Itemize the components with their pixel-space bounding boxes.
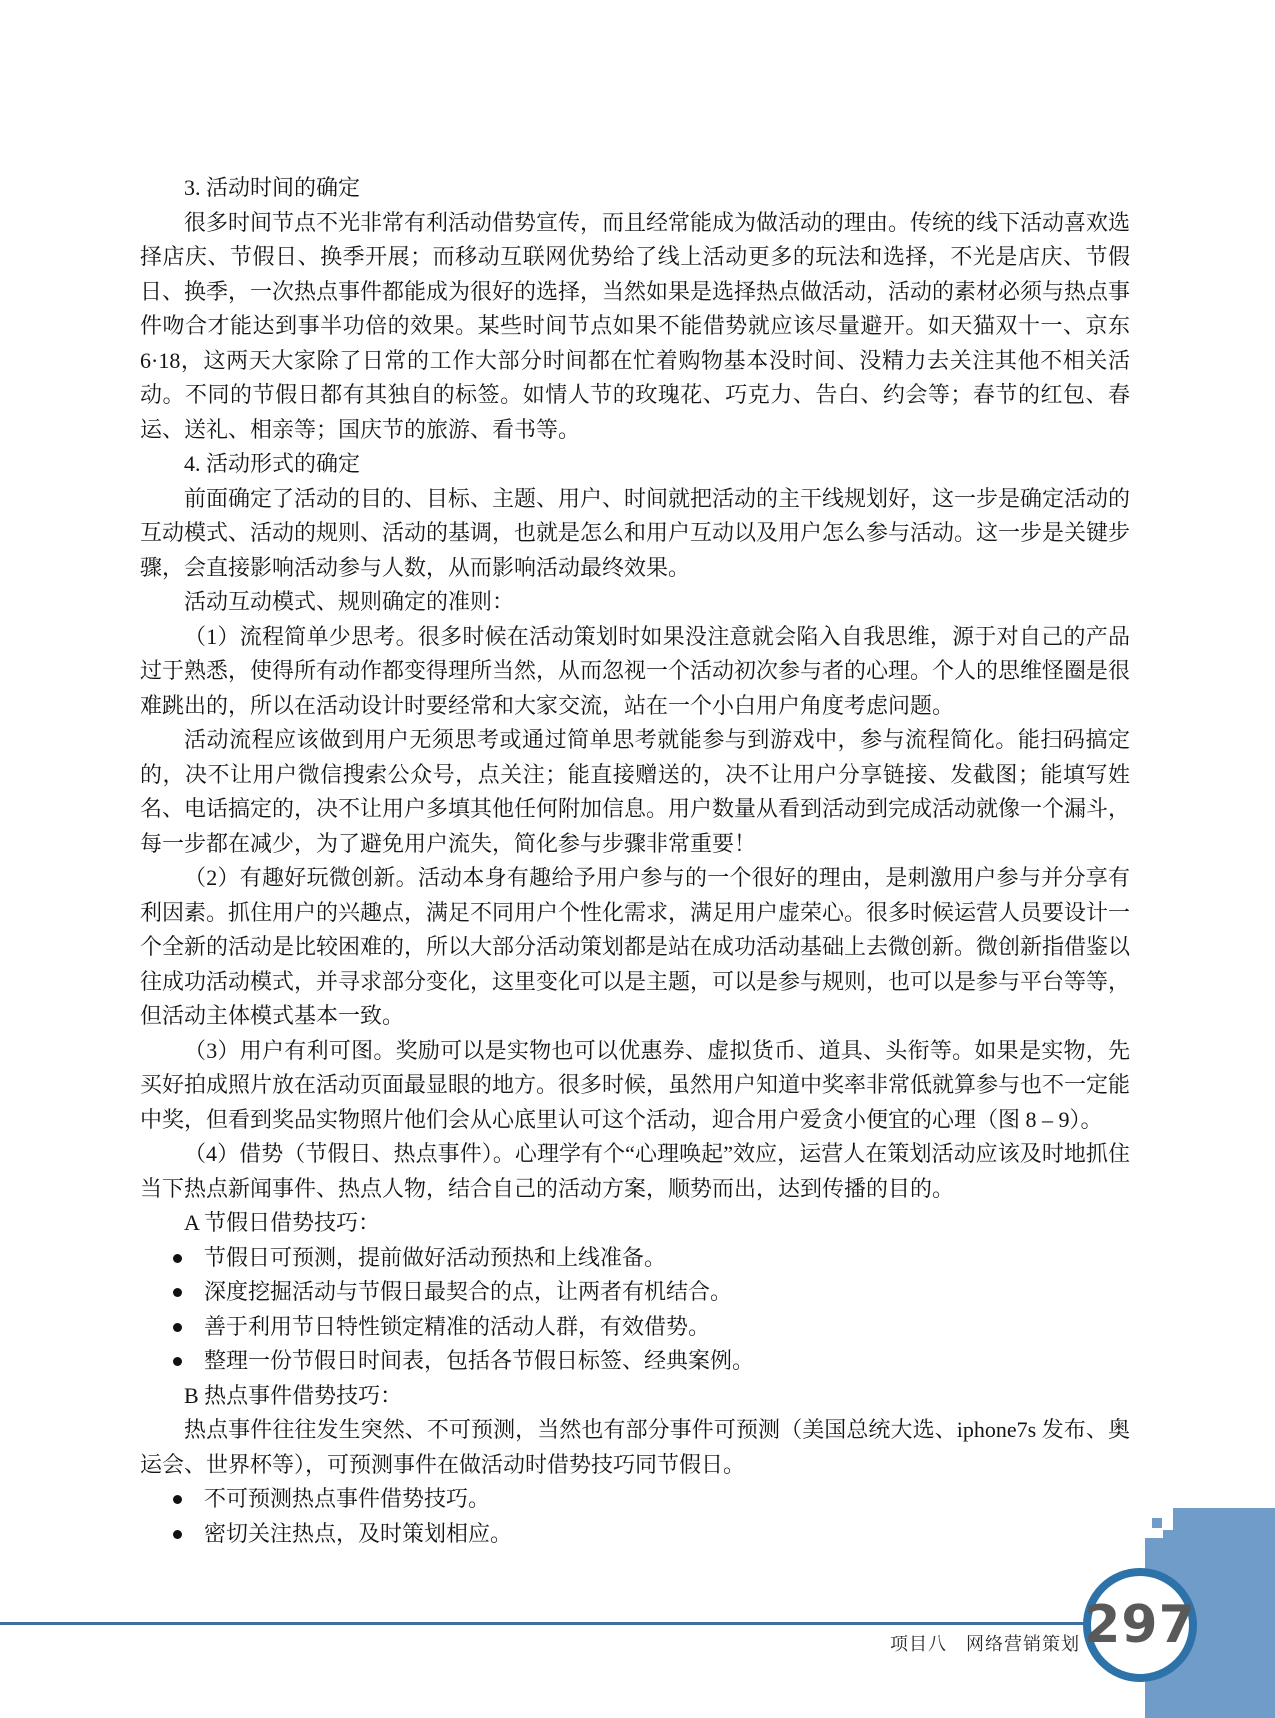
paragraph: 活动流程应该做到用户无须思考或通过简单思考就能参与到游戏中，参与流程简化。能扫码… (140, 723, 1130, 861)
bullet-list: 不可预测热点事件借势技巧。密切关注热点，及时策划相应。 (140, 1482, 1130, 1551)
page-number: 297 (1084, 1595, 1196, 1655)
footer-rule (0, 1622, 1089, 1625)
paragraph: 活动互动模式、规则确定的准则： (140, 585, 1130, 620)
bullet-item: 整理一份节假日时间表，包括各节假日标签、经典案例。 (140, 1344, 1130, 1379)
paragraph: 前面确定了活动的目的、目标、主题、用户、时间就把活动的主干线规划好，这一步是确定… (140, 482, 1130, 586)
body-text: 3. 活动时间的确定很多时间节点不光非常有利活动借势宣传，而且经常能成为做活动的… (140, 171, 1130, 1551)
paragraph: （2）有趣好玩微创新。活动本身有趣给予用户参与的一个很好的理由，是刺激用户参与并… (140, 861, 1130, 1034)
bullet-dot-icon (173, 1288, 182, 1297)
page-number-badge: 297 (1083, 1568, 1197, 1682)
bullet-dot-icon (173, 1323, 182, 1332)
bullet-list: 节假日可预测，提前做好活动预热和上线准备。深度挖掘活动与节假日最契合的点，让两者… (140, 1241, 1130, 1379)
bullet-item: 不可预测热点事件借势技巧。 (140, 1482, 1130, 1517)
section-heading: 3. 活动时间的确定 (140, 171, 1130, 206)
paragraph: （4）借势（节假日、热点事件）。心理学有个“心理唤起”效应，运营人在策划活动应该… (140, 1137, 1130, 1206)
bullet-item: 善于利用节日特性锁定精准的活动人群，有效借势。 (140, 1310, 1130, 1345)
paragraph: A 节假日借势技巧： (140, 1206, 1130, 1241)
bullet-text: 整理一份节假日时间表，包括各节假日标签、经典案例。 (204, 1348, 754, 1373)
bullet-item: 密切关注热点，及时策划相应。 (140, 1517, 1130, 1552)
bullet-dot-icon (173, 1495, 182, 1504)
paragraph: 热点事件往往发生突然、不可预测，当然也有部分事件可预测（美国总统大选、iphon… (140, 1413, 1130, 1482)
bullet-item: 深度挖掘活动与节假日最契合的点，让两者有机结合。 (140, 1275, 1130, 1310)
bullet-text: 善于利用节日特性锁定精准的活动人群，有效借势。 (204, 1314, 710, 1339)
bullet-dot-icon (173, 1254, 182, 1263)
paragraph: 很多时间节点不光非常有利活动借势宣传，而且经常能成为做活动的理由。传统的线下活动… (140, 206, 1130, 448)
bullet-text: 不可预测热点事件借势技巧。 (204, 1486, 490, 1511)
bullet-text: 深度挖掘活动与节假日最契合的点，让两者有机结合。 (204, 1279, 732, 1304)
footer-chapter-label: 项目八 网络营销策划 (890, 1630, 1080, 1656)
section-heading: 4. 活动形式的确定 (140, 447, 1130, 482)
corner-decoration-square (1152, 1518, 1162, 1528)
bullet-text: 节假日可预测，提前做好活动预热和上线准备。 (204, 1245, 666, 1270)
bullet-item: 节假日可预测，提前做好活动预热和上线准备。 (140, 1241, 1130, 1276)
paragraph: B 热点事件借势技巧： (140, 1379, 1130, 1414)
book-page: 3. 活动时间的确定很多时间节点不光非常有利活动借势宣传，而且经常能成为做活动的… (0, 0, 1275, 1718)
bullet-dot-icon (173, 1530, 182, 1539)
bullet-text: 密切关注热点，及时策划相应。 (204, 1521, 512, 1546)
corner-decoration-notch (1163, 1530, 1175, 1540)
paragraph: （3）用户有利可图。奖励可以是实物也可以优惠券、虚拟货币、道具、头衔等。如果是实… (140, 1034, 1130, 1138)
paragraph: （1）流程简单少思考。很多时候在活动策划时如果没注意就会陷入自我思维，源于对自己… (140, 620, 1130, 724)
bullet-dot-icon (173, 1357, 182, 1366)
